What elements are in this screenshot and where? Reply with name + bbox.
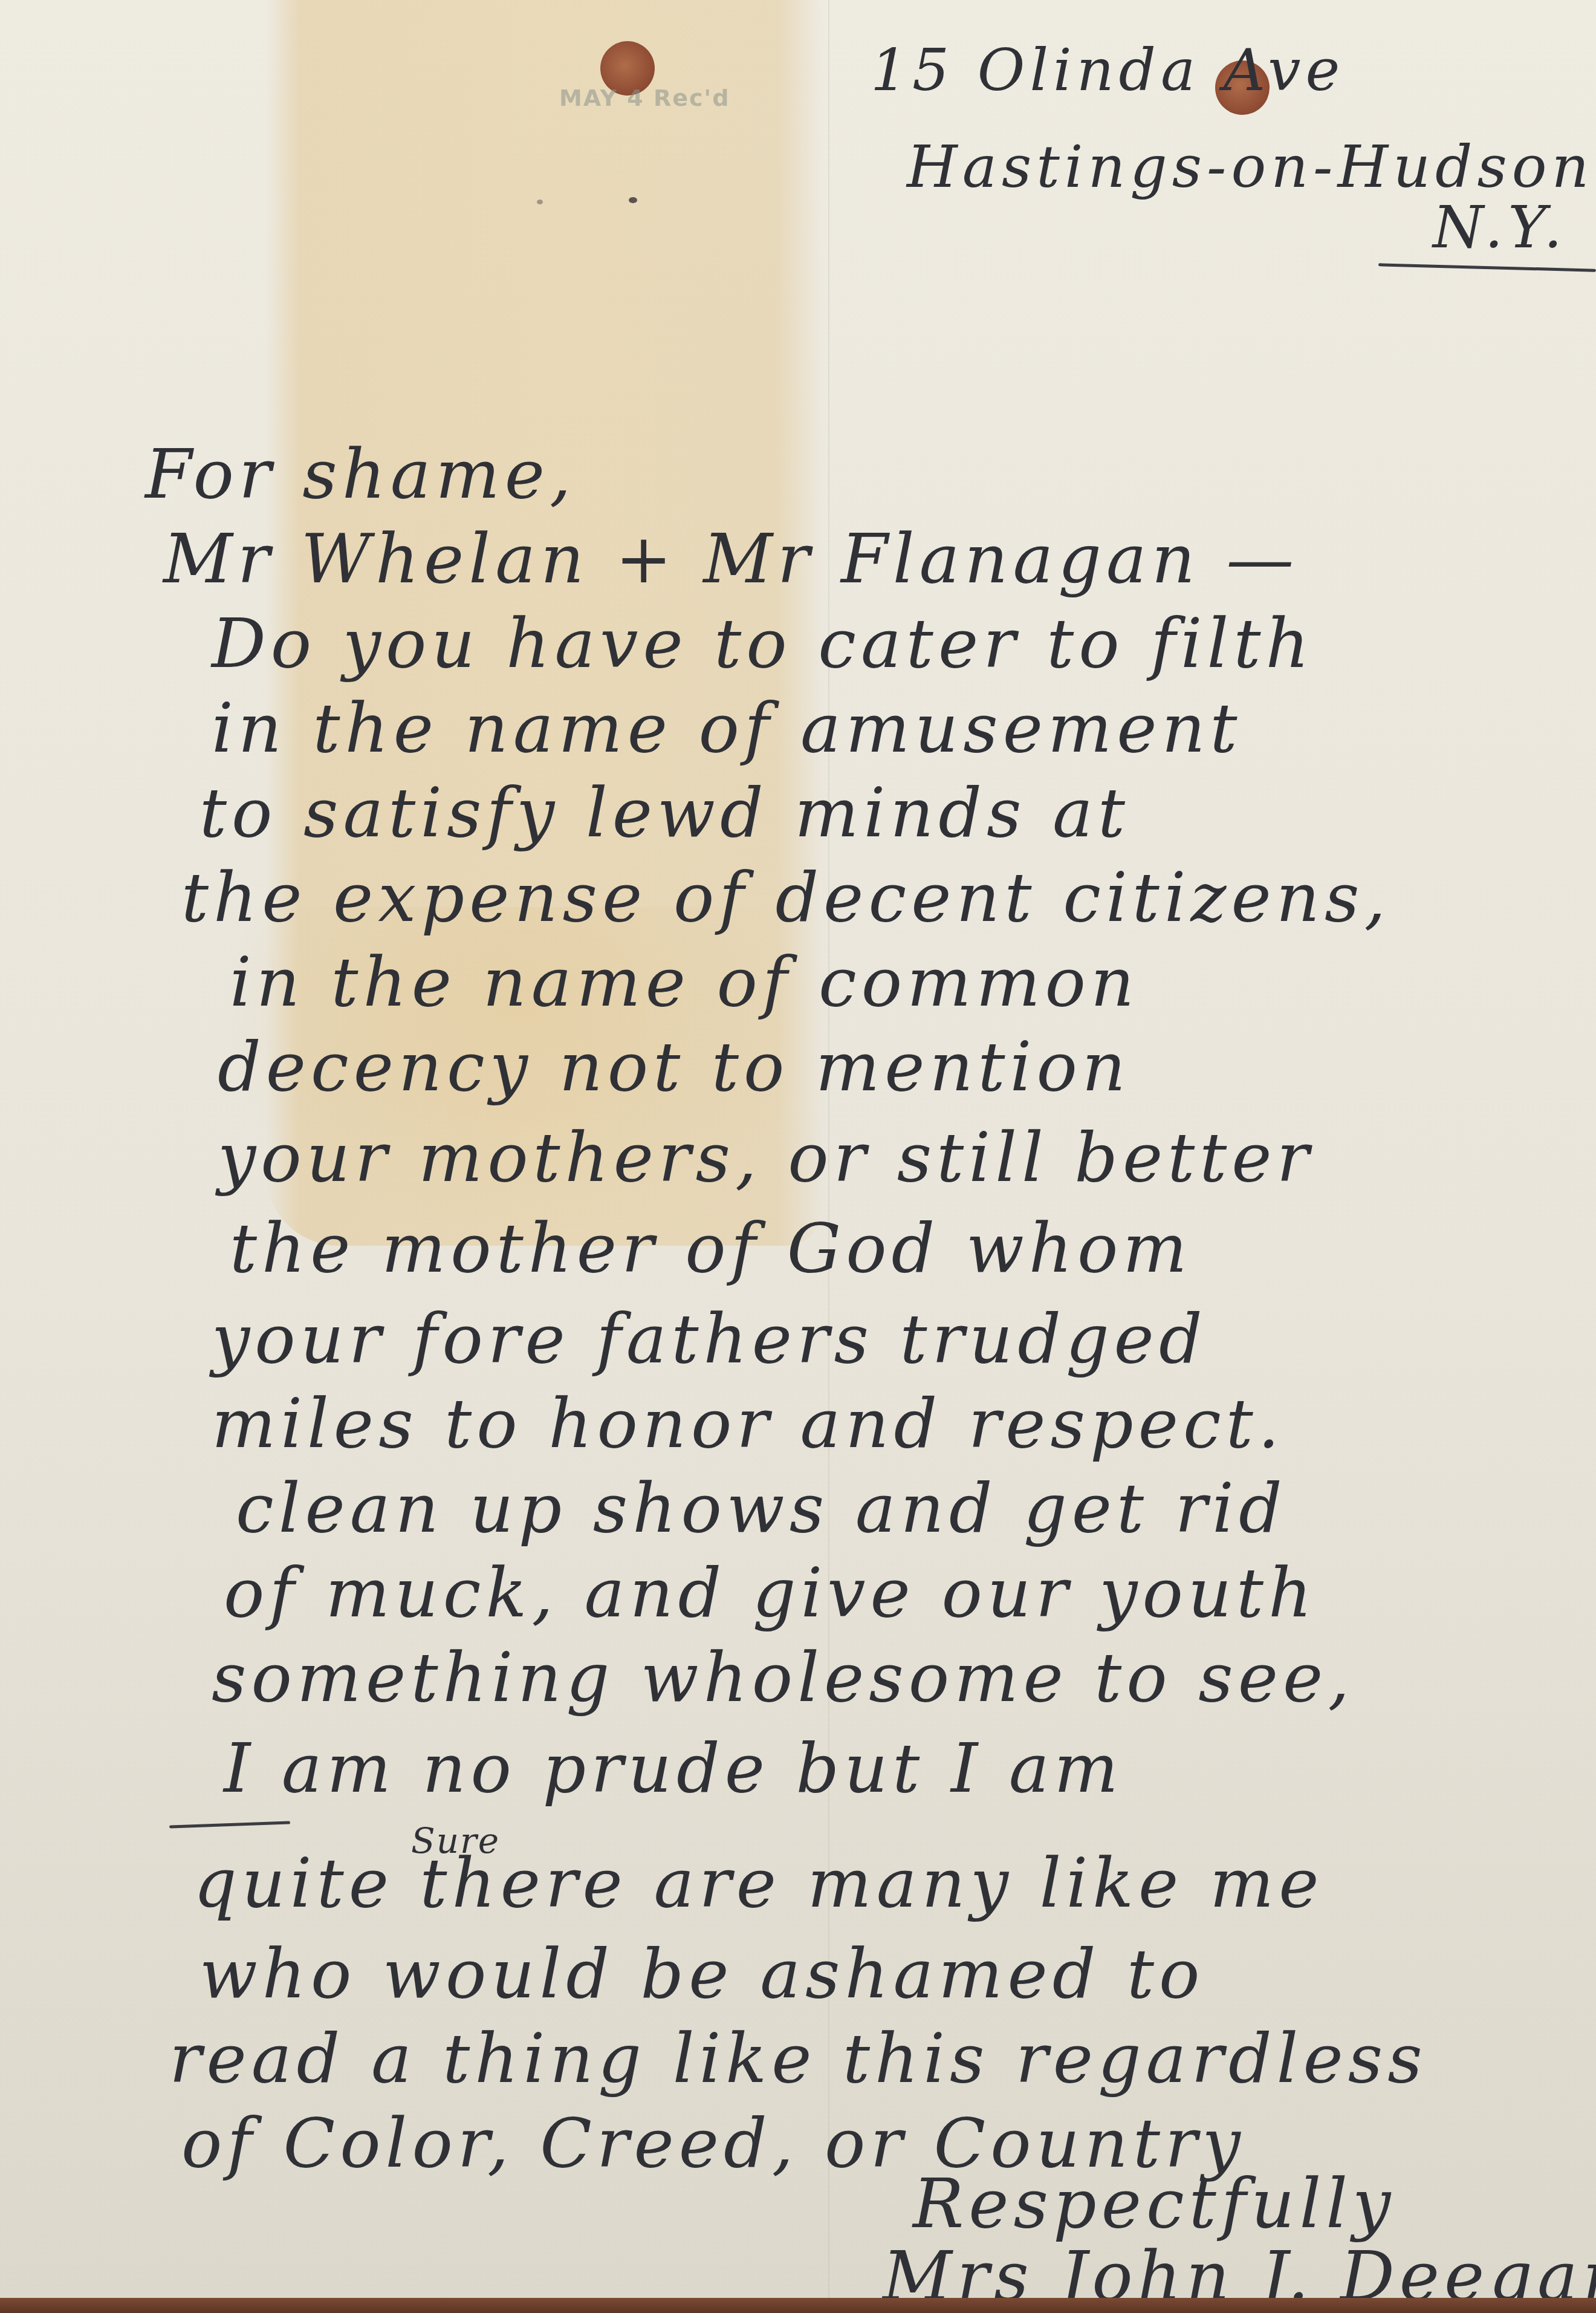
address-underline	[1378, 263, 1596, 272]
address-line-3: N.Y.	[1433, 194, 1567, 261]
body-line: quite there are many like me	[193, 1844, 1323, 1923]
body-line: clean up shows and get rid	[236, 1469, 1287, 1548]
body-line: I am no prude but I am	[224, 1729, 1123, 1808]
body-line: read a thing like this regardless	[169, 2020, 1427, 2098]
body-line: your fore fathers trudged	[212, 1300, 1207, 1379]
body-line: to satisfy lewd minds at	[199, 774, 1130, 853]
body-line: the expense of decent citizens,	[181, 859, 1390, 937]
body-line: your mothers, or still better	[218, 1119, 1314, 1197]
ink-speck	[629, 197, 637, 203]
body-line: Mr Whelan + Mr Flanagan —	[163, 520, 1299, 599]
letter-page: MAY 4 Rec'd 15 Olinda Ave Hastings-on-Hu…	[0, 0, 1596, 2298]
body-line: who would be ashamed to	[199, 1935, 1205, 2014]
body-line: decency not to mention	[218, 1028, 1130, 1107]
closing: Respectfully	[913, 2165, 1395, 2243]
salutation: For shame,	[145, 435, 576, 514]
table-surface	[0, 2298, 1596, 2313]
body-line: something wholesome to see,	[212, 1639, 1354, 1717]
body-line: the mother of God whom	[230, 1209, 1192, 1288]
address-line-2: Hastings-on-Hudson	[907, 133, 1594, 201]
strike-underline	[169, 1821, 290, 1829]
body-line: Do you have to cater to filth	[212, 605, 1314, 683]
body-line: in the name of amusement	[212, 689, 1242, 768]
address-line-1: 15 Olinda Ave	[871, 36, 1345, 104]
received-stamp: MAY 4 Rec'd	[559, 85, 730, 111]
body-line: of muck, and give our youth	[224, 1554, 1317, 1633]
ink-speck	[537, 200, 543, 204]
body-line: miles to honor and respect.	[212, 1385, 1284, 1463]
body-line: in the name of common	[230, 943, 1139, 1022]
